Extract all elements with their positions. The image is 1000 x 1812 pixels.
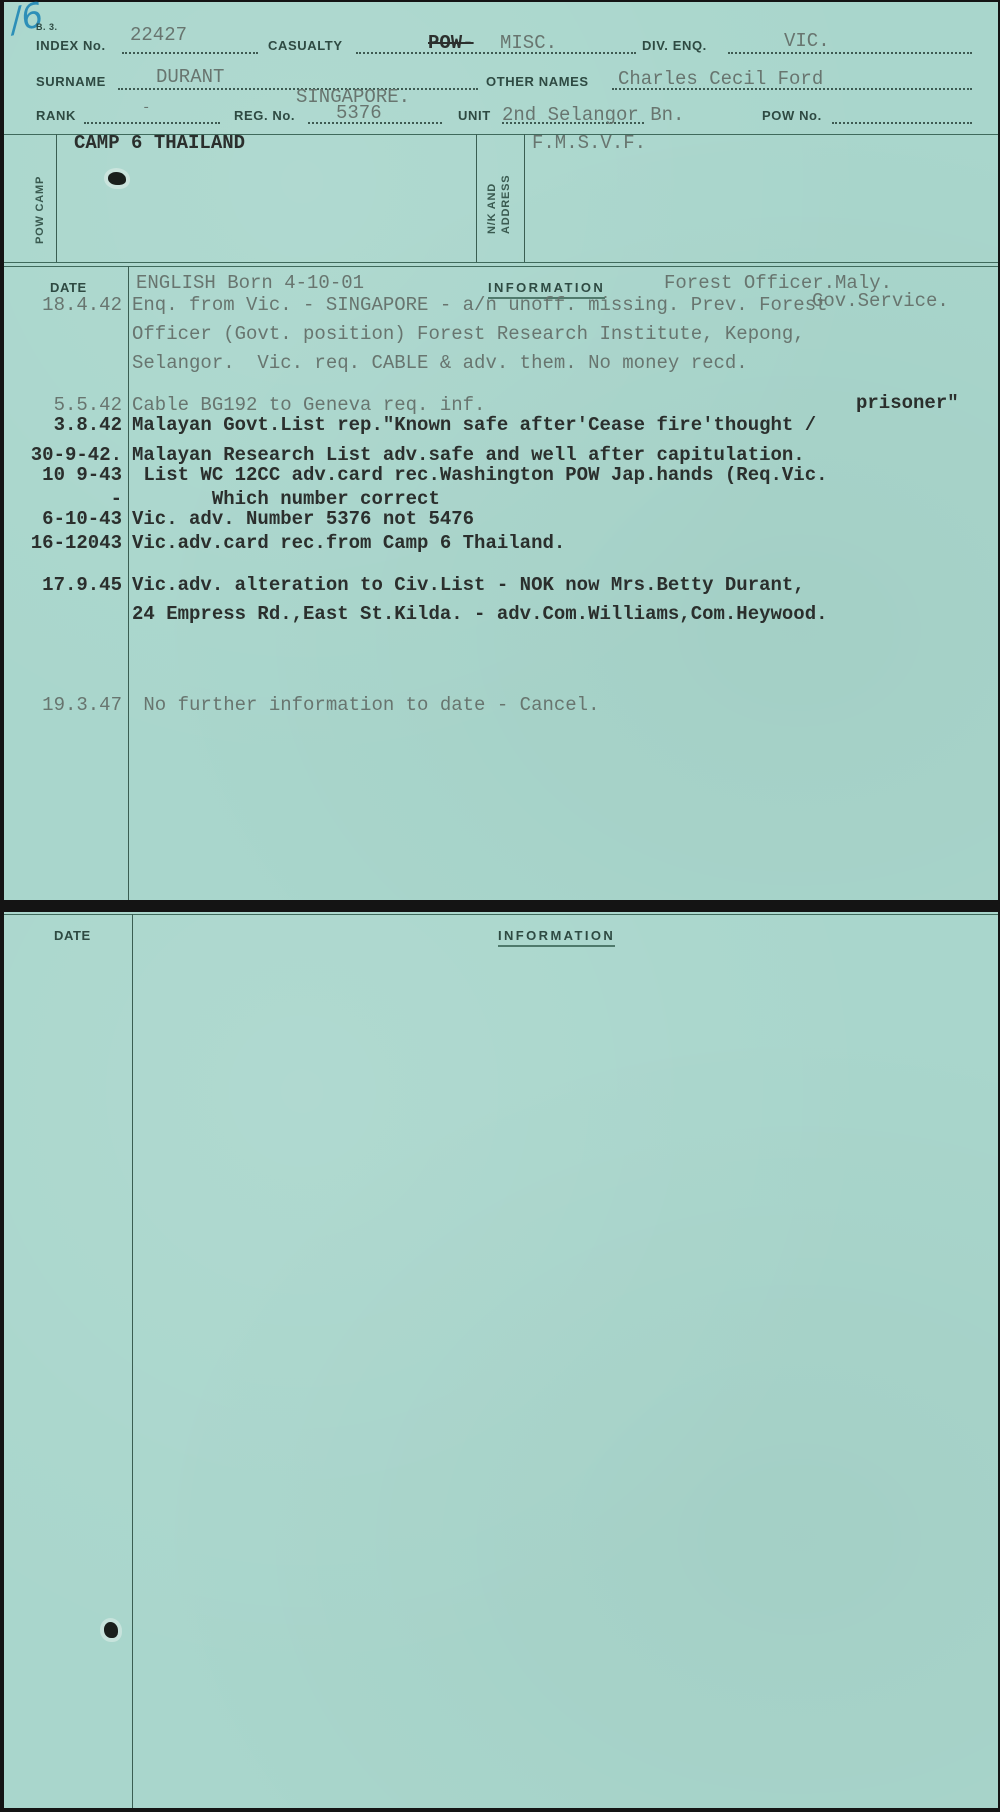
nok-value: F.M.S.V.F.	[532, 132, 646, 154]
entry-text: Enq. from Vic. - SINGAPORE - a/n unoff. …	[132, 294, 828, 316]
entry-date: 3.8.42	[4, 414, 122, 436]
entry-text: Selangor. Vic. req. CABLE & adv. them. N…	[132, 352, 748, 374]
form-code: B. 3.	[36, 22, 58, 32]
date-heading: DATE	[50, 280, 87, 295]
entry-date: 17.9.45	[4, 574, 122, 596]
entry-text: Vic.adv.card rec.from Camp 6 Thailand.	[132, 532, 565, 554]
surname-label: SURNAME	[36, 74, 106, 89]
entry-text: Cable BG192 to Geneva req. inf.	[132, 394, 485, 416]
index-no-value: 22427	[130, 24, 187, 46]
entry-date: 16-12043	[4, 532, 122, 554]
index-no-line	[122, 52, 258, 54]
entry-text: Malayan Research List adv.safe and well …	[132, 444, 805, 466]
unit-label: UNIT	[458, 108, 491, 123]
date-column-divider	[128, 266, 129, 900]
back-date-column-divider	[132, 914, 133, 1808]
pow-no-label: POW No.	[762, 108, 822, 123]
entry-text: Which number correct	[132, 488, 440, 510]
punch-hole	[108, 172, 126, 185]
entry-date: 5.5.42	[4, 394, 122, 416]
rank-label: RANK	[36, 108, 76, 123]
blue-pen-mark: /6	[6, 0, 47, 41]
index-no-label: INDEX No.	[36, 38, 106, 53]
entry-date: 19.3.47	[4, 694, 122, 716]
card-front: /6 B. 3. INDEX No. 22427 CASUALTY POW- M…	[4, 2, 998, 900]
pow-camp-label: POW CAMP	[34, 176, 47, 244]
div-enq-line	[728, 52, 972, 54]
other-names-value: Charles Cecil Ford	[618, 68, 823, 90]
entry-text: List WC 12CC adv.card rec.Washington POW…	[132, 464, 828, 486]
entry-text: Vic. adv. Number 5376 not 5476	[132, 508, 474, 530]
back-top-rule	[4, 914, 998, 915]
casualty-struck-value: POW-	[428, 32, 474, 54]
divider-double-2	[4, 266, 998, 267]
casualty-value: MISC.	[500, 32, 557, 54]
divider-double-1	[4, 262, 998, 263]
back-information-heading: INFORMATION	[498, 928, 615, 947]
reg-no-label: REG. No.	[234, 108, 295, 123]
pow-camp-divider	[56, 134, 57, 262]
entry-date: 30-9-42.	[4, 444, 122, 466]
reg-no-value: 5376	[336, 102, 382, 124]
other-names-label: OTHER NAMES	[486, 74, 589, 89]
unit-value: 2nd Selangor Bn.	[502, 104, 684, 126]
rank-line	[84, 122, 220, 124]
entry-text: Officer (Govt. position) Forest Research…	[132, 323, 805, 345]
entry-text: 24 Empress Rd.,East St.Kilda. - adv.Com.…	[132, 603, 828, 625]
entry-date: 6-10-43	[4, 508, 122, 530]
card-back: DATE INFORMATION	[4, 912, 998, 1808]
entry-right-note: prisoner"	[856, 392, 959, 414]
nok-label-line1: N/K AND	[486, 183, 499, 234]
casualty-line	[356, 52, 636, 54]
back-date-heading: DATE	[54, 928, 91, 943]
div-enq-value: VIC.	[784, 30, 830, 52]
header-note-right-2: Gov.Service.	[812, 290, 949, 312]
nok-right-divider	[524, 134, 525, 262]
pow-camp-value: CAMP 6 THAILAND	[74, 132, 245, 154]
casualty-label: CASUALTY	[268, 38, 343, 53]
entry-text: Malayan Govt.List rep."Known safe after'…	[132, 414, 816, 436]
entry-date: 10 9-43	[4, 464, 122, 486]
back-punch-hole	[104, 1622, 118, 1638]
div-enq-label: DIV. ENQ.	[642, 38, 707, 53]
pow-no-line	[832, 122, 972, 124]
entry-date: 18.4.42	[4, 294, 122, 316]
header-note-left: ENGLISH Born 4-10-01	[136, 272, 364, 294]
nok-left-divider	[476, 134, 477, 262]
surname-value: DURANT	[156, 66, 224, 88]
entry-text: Vic.adv. alteration to Civ.List - NOK no…	[132, 574, 805, 596]
rank-value: -	[142, 100, 150, 116]
entry-text: No further information to date - Cancel.	[132, 694, 599, 716]
nok-label-line2: ADDRESS	[500, 175, 513, 234]
entry-date: -	[4, 488, 122, 510]
